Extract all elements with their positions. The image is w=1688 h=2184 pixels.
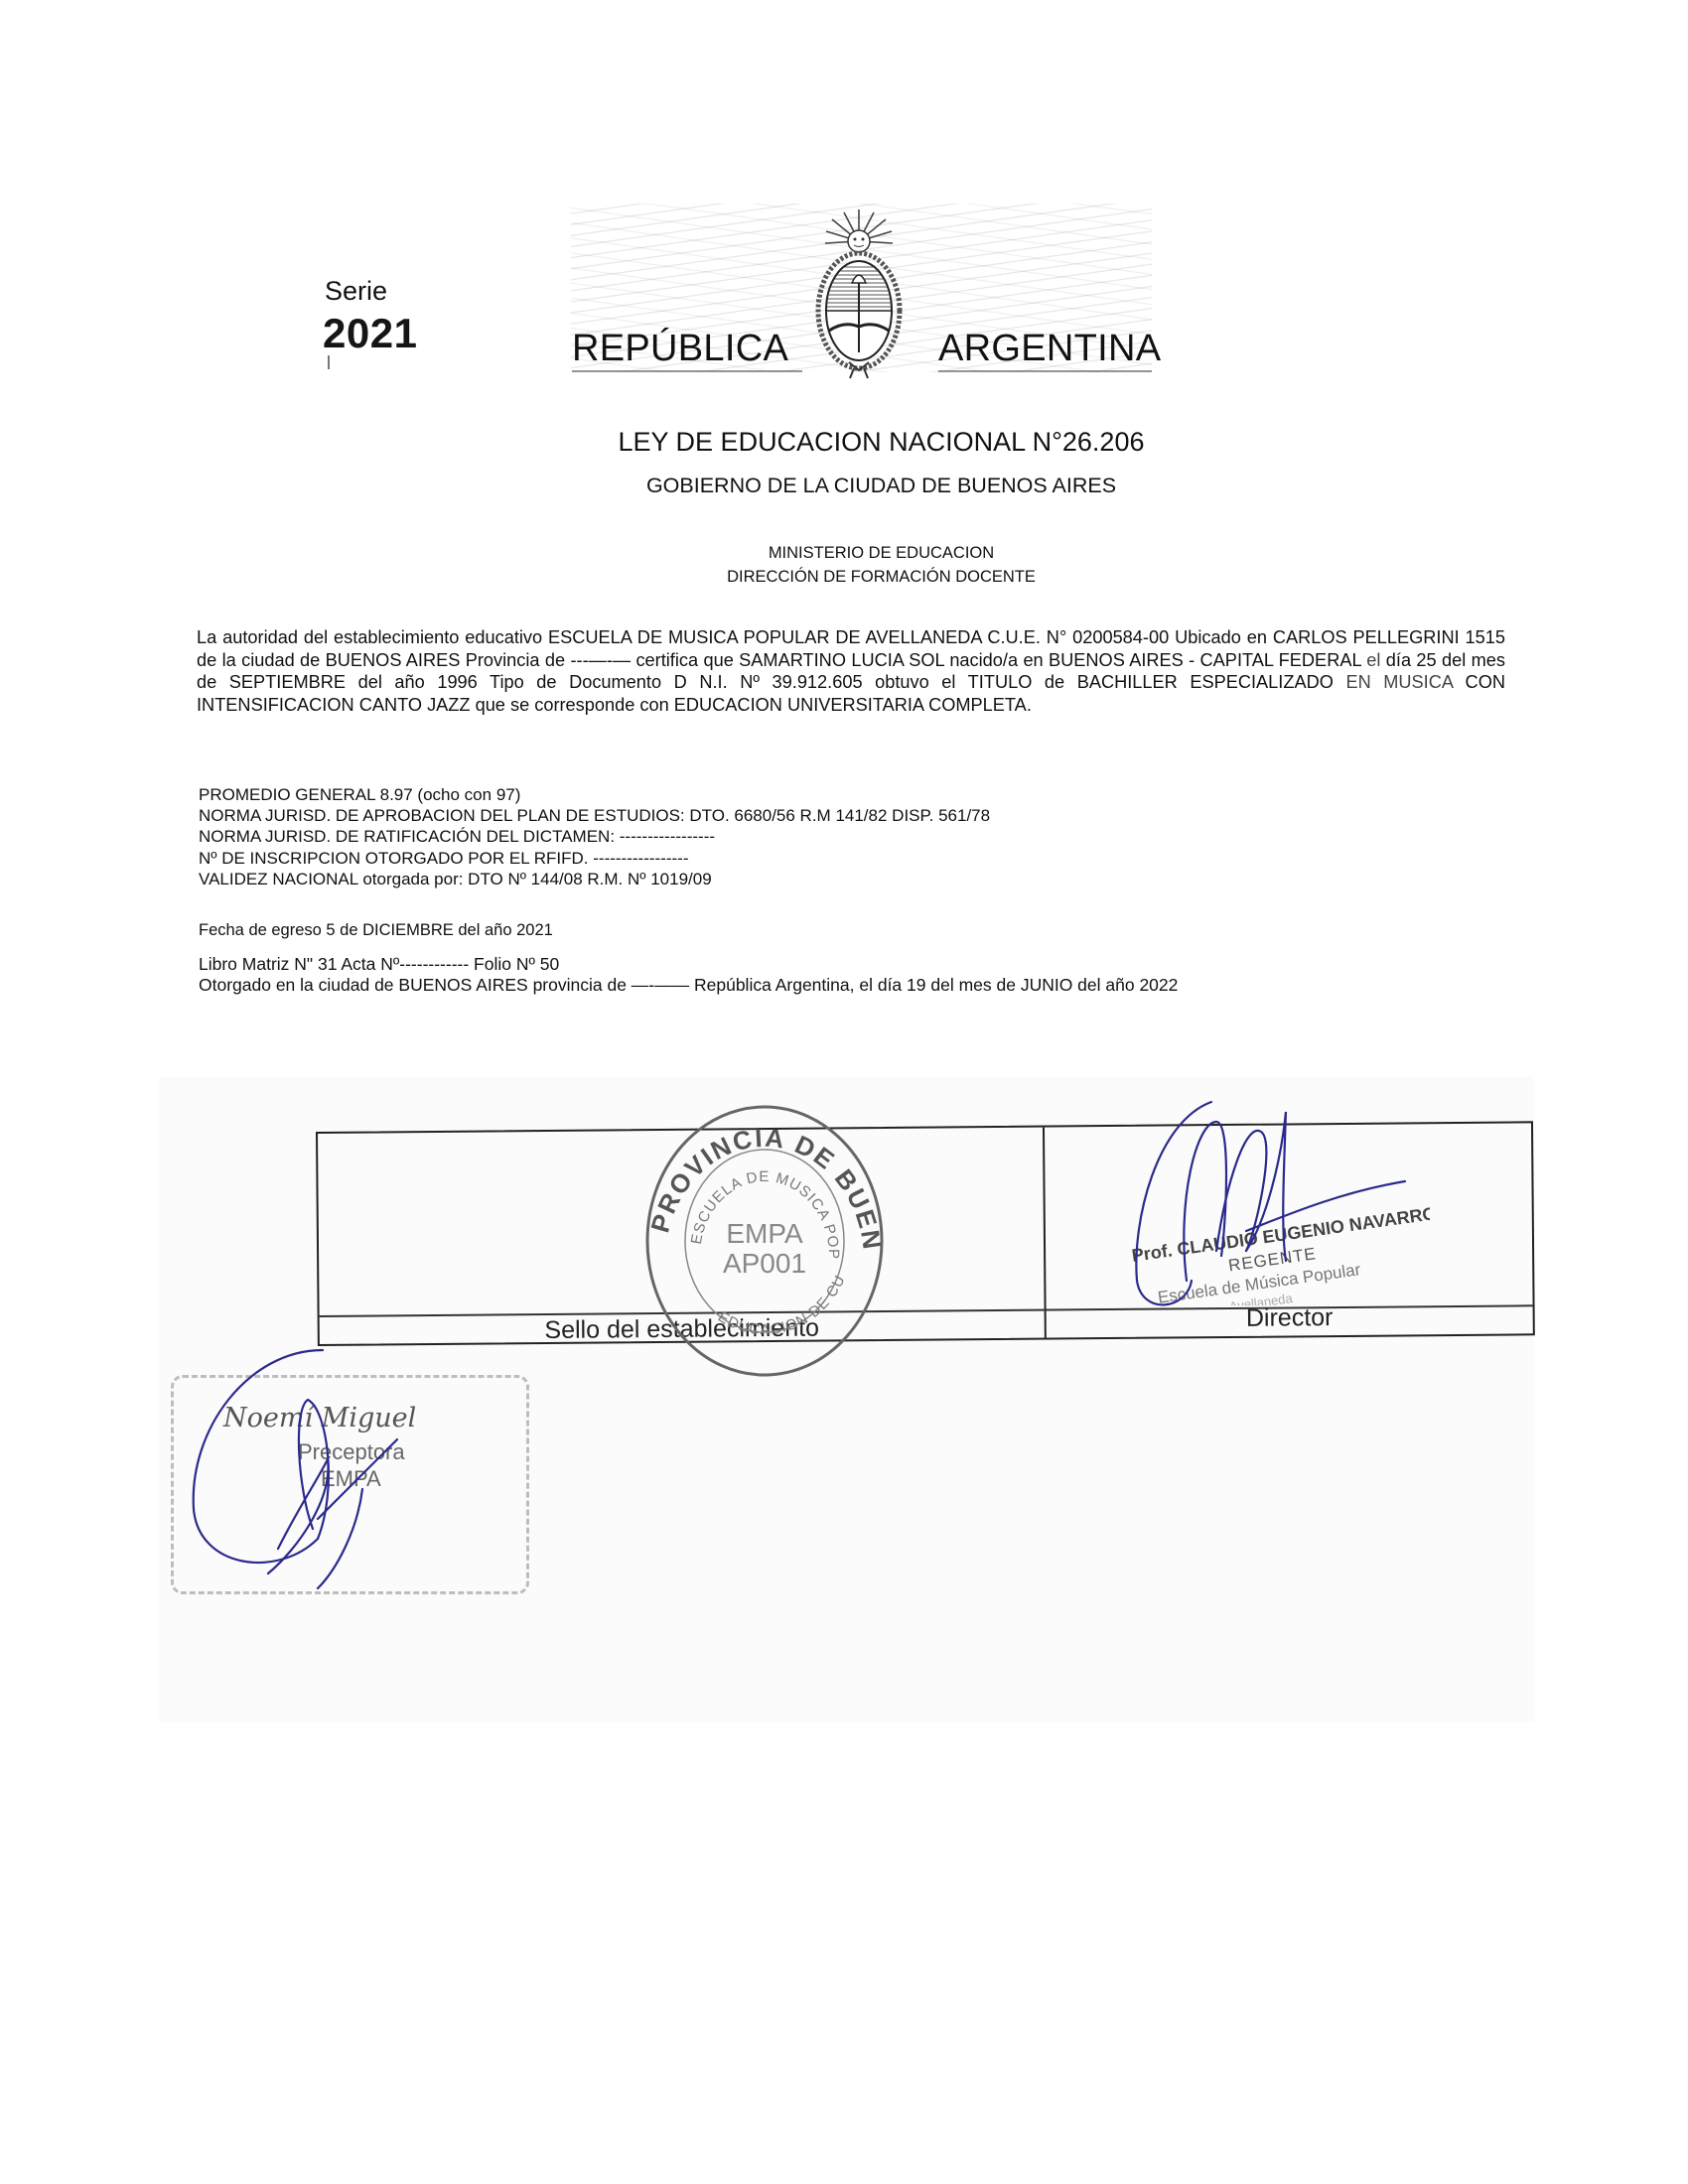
norma-aprobacion-line: NORMA JURISD. DE APROBACION DEL PLAN DE … — [199, 805, 990, 826]
ministry-title: MINISTERIO DE EDUCACION — [0, 544, 1688, 563]
serie-label: Serie — [325, 276, 387, 307]
law-title: LEY DE EDUCACION NACIONAL N°26.206 — [0, 427, 1688, 458]
fecha-egreso: Fecha de egreso 5 de DICIEMBRE del año 2… — [199, 921, 553, 940]
argentina-coat-of-arms-icon — [804, 204, 914, 382]
republica-word: REPÚBLICA — [572, 328, 788, 370]
norma-ratificacion-line: NORMA JURISD. DE RATIFICACIÓN DEL DICTAM… — [199, 826, 990, 847]
promedio-line: PROMEDIO GENERAL 8.97 (ocho con 97) — [199, 784, 990, 805]
inscripcion-line: Nº DE INSCRIPCION OTORGADO POR EL RFIFD.… — [199, 848, 990, 869]
direction-title: DIRECCIÓN DE FORMACIÓN DOCENTE — [0, 568, 1688, 587]
cert-text-1: La autoridad del establecimiento educati… — [197, 627, 1505, 670]
director-signature — [1117, 1082, 1445, 1320]
government-title: GOBIERNO DE LA CIUDAD DE BUENOS AIRES — [0, 474, 1688, 498]
serie-tick-mark — [328, 355, 330, 369]
libro-matriz-line: Libro Matriz N" 31 Acta Nº------------ F… — [199, 954, 1178, 975]
seal-center-line2: AP001 — [723, 1248, 806, 1279]
libro-matriz-block: Libro Matriz N" 31 Acta Nº------------ F… — [199, 954, 1178, 996]
seal-center-line1: EMPA — [726, 1218, 803, 1249]
cert-text-2: el — [1366, 650, 1380, 670]
header-rule-left — [572, 370, 802, 372]
otorgado-line: Otorgado en la ciudad de BUENOS AIRES pr… — [199, 975, 1178, 996]
argentina-word: ARGENTINA — [938, 328, 1161, 370]
validez-line: VALIDEZ NACIONAL otorgada por: DTO Nº 14… — [199, 869, 990, 889]
school-seal-stamp: PROVINCIA DE BUENOS AIRES ESCUELA DE MUS… — [626, 1092, 904, 1390]
academic-details: PROMEDIO GENERAL 8.97 (ocho con 97) NORM… — [199, 784, 990, 889]
certification-paragraph: La autoridad del establecimiento educati… — [197, 626, 1505, 716]
header-rule-right — [938, 370, 1152, 372]
preceptora-signature — [169, 1340, 487, 1598]
cert-text-4: EN MUSICA — [1345, 672, 1453, 692]
serie-year: 2021 — [323, 310, 417, 357]
